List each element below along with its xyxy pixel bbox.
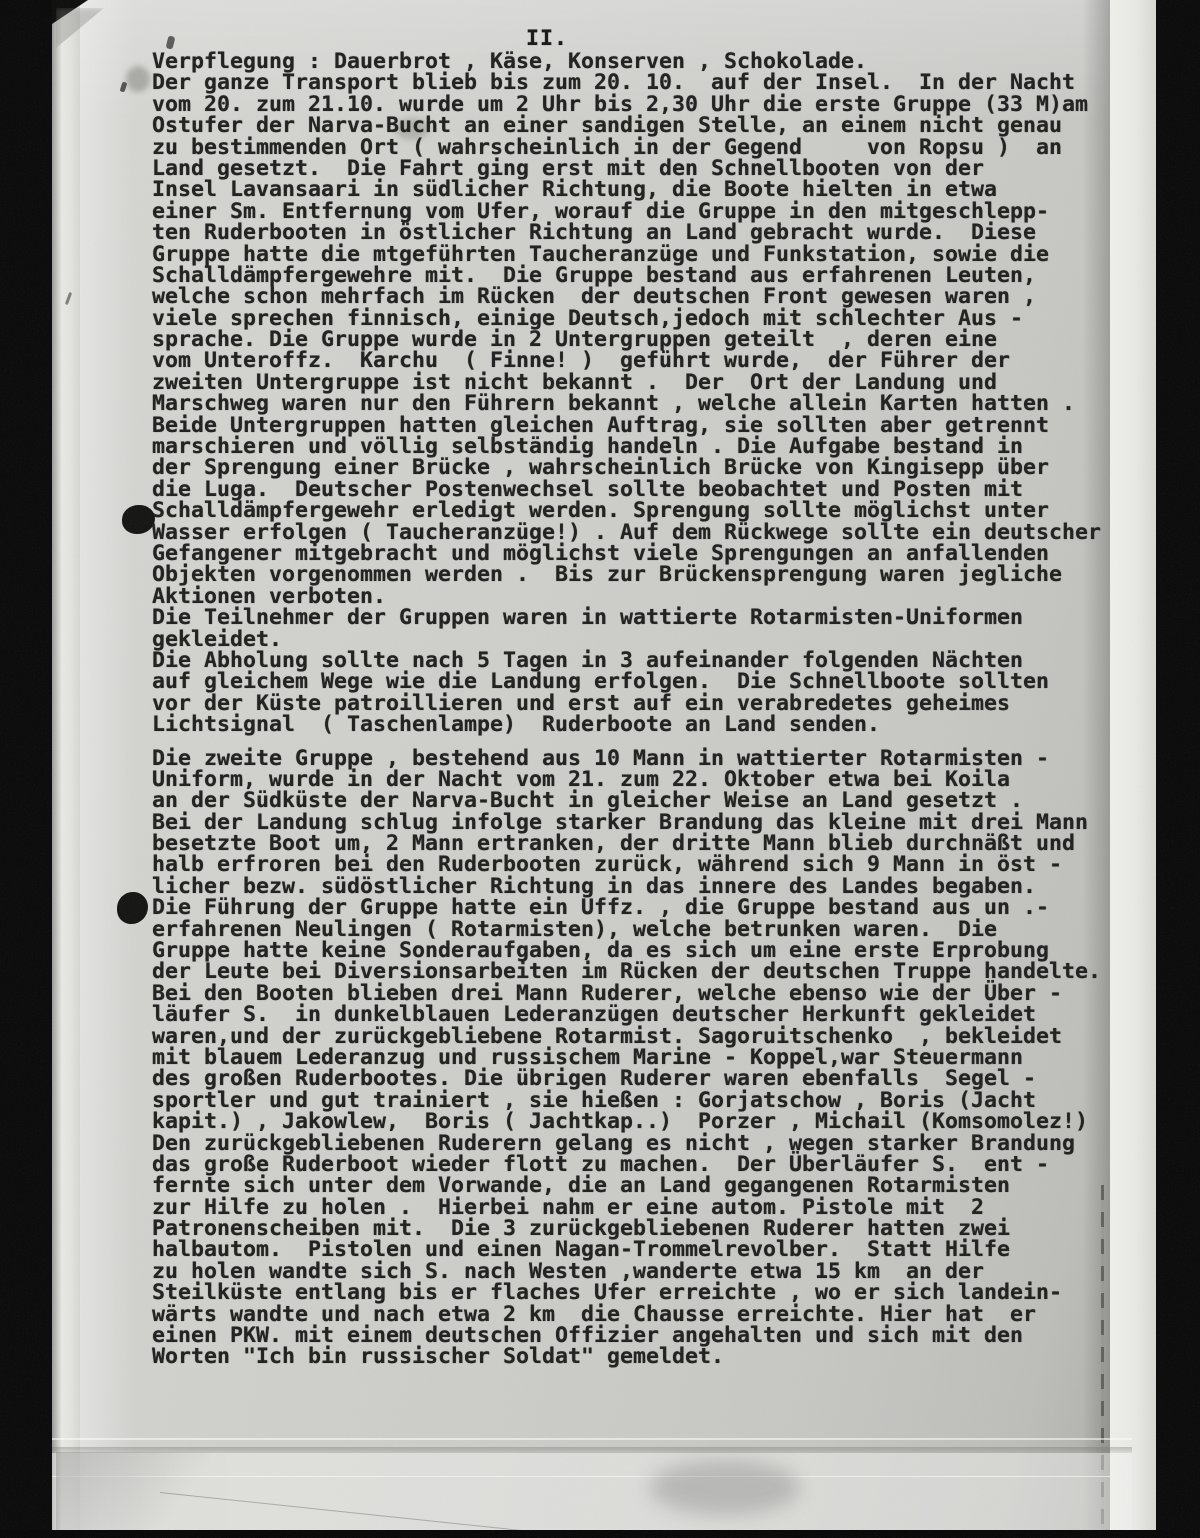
text-line: Ostufer der Narva-Bucht an einer sandige… [152,115,1112,136]
text-line: läufer S. in dunkelblauen Lederanzügen d… [152,1004,1112,1025]
text-line: vor der Küste patroillieren und erst auf… [152,693,1112,714]
text-line: halbautom. Pistolen und einen Nagan-Trom… [152,1239,1112,1260]
text-line: Die Teilnehmer der Gruppen waren in watt… [152,607,1112,628]
film-bottom-border [0,1530,1200,1538]
text-line: erfahrenen Neulingen ( Rotarmisten), wel… [152,919,1112,940]
text-line: zur Hilfe zu holen . Hierbei nahm er ein… [152,1197,1112,1218]
text-line: fernte sich unter dem Vorwande, die an L… [152,1175,1112,1196]
text-line: viele sprechen finnisch, einige Deutsch,… [152,308,1112,329]
text-line: Den zurückgebliebenen Ruderern gelang es… [152,1133,1112,1154]
text-line: zu bestimmenden Ort ( wahrscheinlich in … [152,137,1112,158]
text-line: Steilküste entlang bis er flaches Ufer e… [152,1282,1112,1303]
paragraph: Verpflegung : Dauerbrot , Käse, Konserve… [152,51,1112,736]
text-line: Objekten vorgenommen werden . Bis zur Br… [152,564,1112,585]
text-line: die Luga. Deutscher Postenwechsel sollte… [152,479,1112,500]
text-line: sportler und gut trainiert , sie hießen … [152,1090,1112,1111]
paper-left-highlight [80,0,135,1538]
crease-line [52,1438,1132,1440]
smudge-mark [650,1460,800,1515]
text-line: kapit.) , Jakowlew, Boris ( Jachtkap..) … [152,1111,1112,1132]
text-line: auf gleichem Wege wie die Landung erfolg… [152,671,1112,692]
text-line: welche schon mehrfach im Rücken der deut… [152,286,1112,307]
text-line: Die Führung der Gruppe hatte ein Uffz. ,… [152,897,1112,918]
text-line: des großen Ruderbootes. Die übrigen Rude… [152,1068,1112,1089]
text-line: Die zweite Gruppe , bestehend aus 10 Man… [152,748,1112,769]
text-line: halb erfroren bei den Ruderbooten zurück… [152,854,1112,875]
text-line: Insel Lavansaari in südlicher Richtung, … [152,179,1112,200]
smudge-mark [126,66,150,92]
text-line: Der ganze Transport blieb bis zum 20. 10… [152,72,1112,93]
text-line: Beide Untergruppen hatten gleichen Auftr… [152,415,1112,436]
text-line: Marschweg waren nur den Führern bekannt … [152,393,1112,414]
typewritten-text: Verpflegung : Dauerbrot , Käse, Konserve… [152,51,1112,1368]
text-line: Wasser erfolgen ( Taucheranzüge!) . Auf … [152,522,1112,543]
text-line: Gruppe hatte die mtgeführten Taucheranzü… [152,244,1112,265]
text-line: ten Ruderbooten in östlicher Richtung an… [152,222,1112,243]
text-line: vom Unteroffz. Karchu ( Finne! ) geführt… [152,350,1112,371]
text-line: Lichtsignal ( Taschenlampe) Ruderboote a… [152,714,1112,735]
text-line: Bei den Booten blieben drei Mann Ruderer… [152,983,1112,1004]
text-line: der Sprengung einer Brücke , wahrscheinl… [152,457,1112,478]
text-line: gekleidet. [152,629,1112,650]
paper-left-edge [52,0,80,1538]
text-line: an der Südküste der Narva-Bucht in gleic… [152,790,1112,811]
text-line: einer Sm. Entfernung vom Ufer, worauf di… [152,201,1112,222]
text-line: der Leute bei Diversionsarbeiten im Rück… [152,961,1112,982]
text-line: vom 20. zum 21.10. wurde um 2 Uhr bis 2,… [152,94,1112,115]
scanned-page: II. Verpflegung : Dauerbrot , Käse, Kons… [0,0,1200,1538]
corner-shadow [56,1452,226,1538]
paper-right-edge [1110,0,1156,1538]
text-line: Schalldämpfergewehr erledigt werden. Spr… [152,500,1112,521]
page-number: II. [526,26,568,51]
text-line: Bei der Landung schlug infolge starker B… [152,812,1112,833]
text-line: waren,und der zurückgebliebene Rotarmist… [152,1026,1112,1047]
paragraph: Die zweite Gruppe , bestehend aus 10 Man… [152,748,1112,1368]
text-line: wärts wandte und nach etwa 2 km die Chau… [152,1304,1112,1325]
text-line: Worten "Ich bin russischer Soldat" gemel… [152,1346,1112,1367]
text-line: Aktionen verboten. [152,586,1112,607]
